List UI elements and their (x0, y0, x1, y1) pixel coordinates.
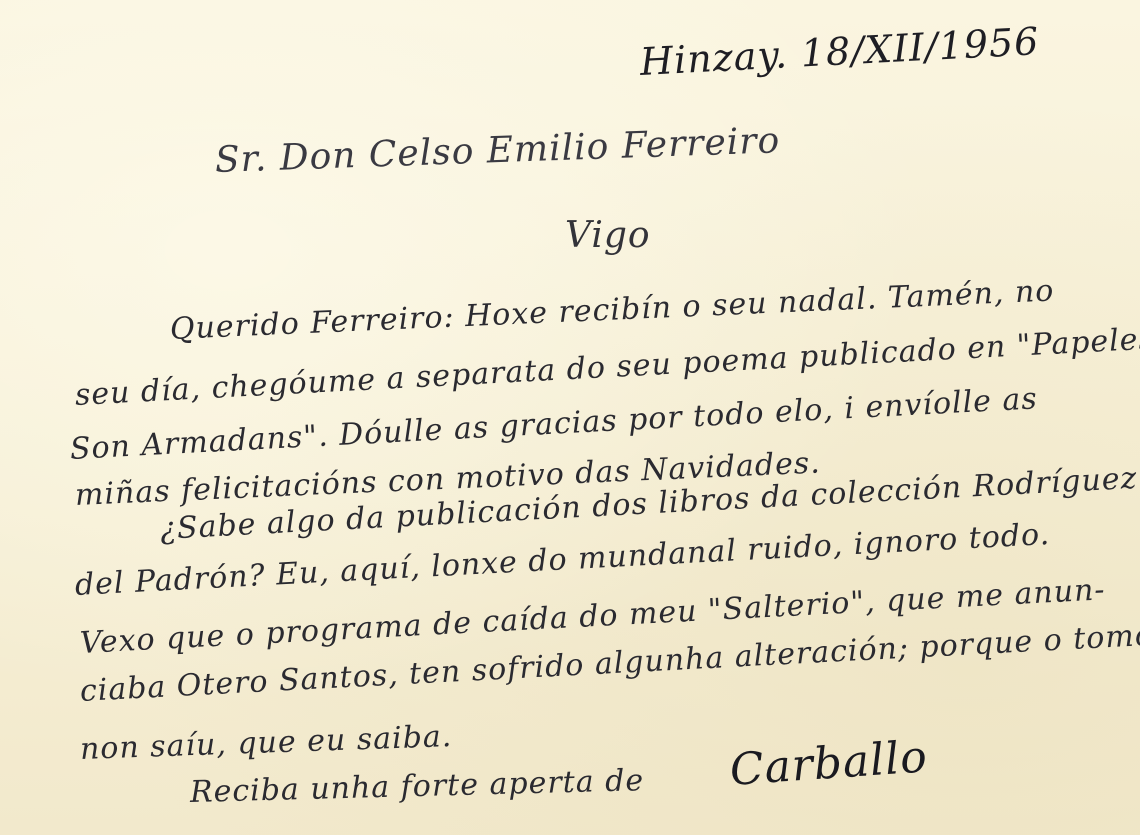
signature: Carballo (728, 731, 929, 796)
closing-line: Reciba unha forte aperta de (190, 763, 645, 810)
recipient-city: Vigo (565, 215, 651, 256)
body-line: non saíu, que eu saiba. (79, 719, 452, 767)
place-date: Hinzay. 18/XII/1956 (639, 19, 1041, 84)
recipient-name: Sr. Don Celso Emilio Ferreiro (214, 120, 781, 181)
handwritten-letter: Hinzay. 18/XII/1956 Sr. Don Celso Emilio… (0, 0, 1140, 835)
